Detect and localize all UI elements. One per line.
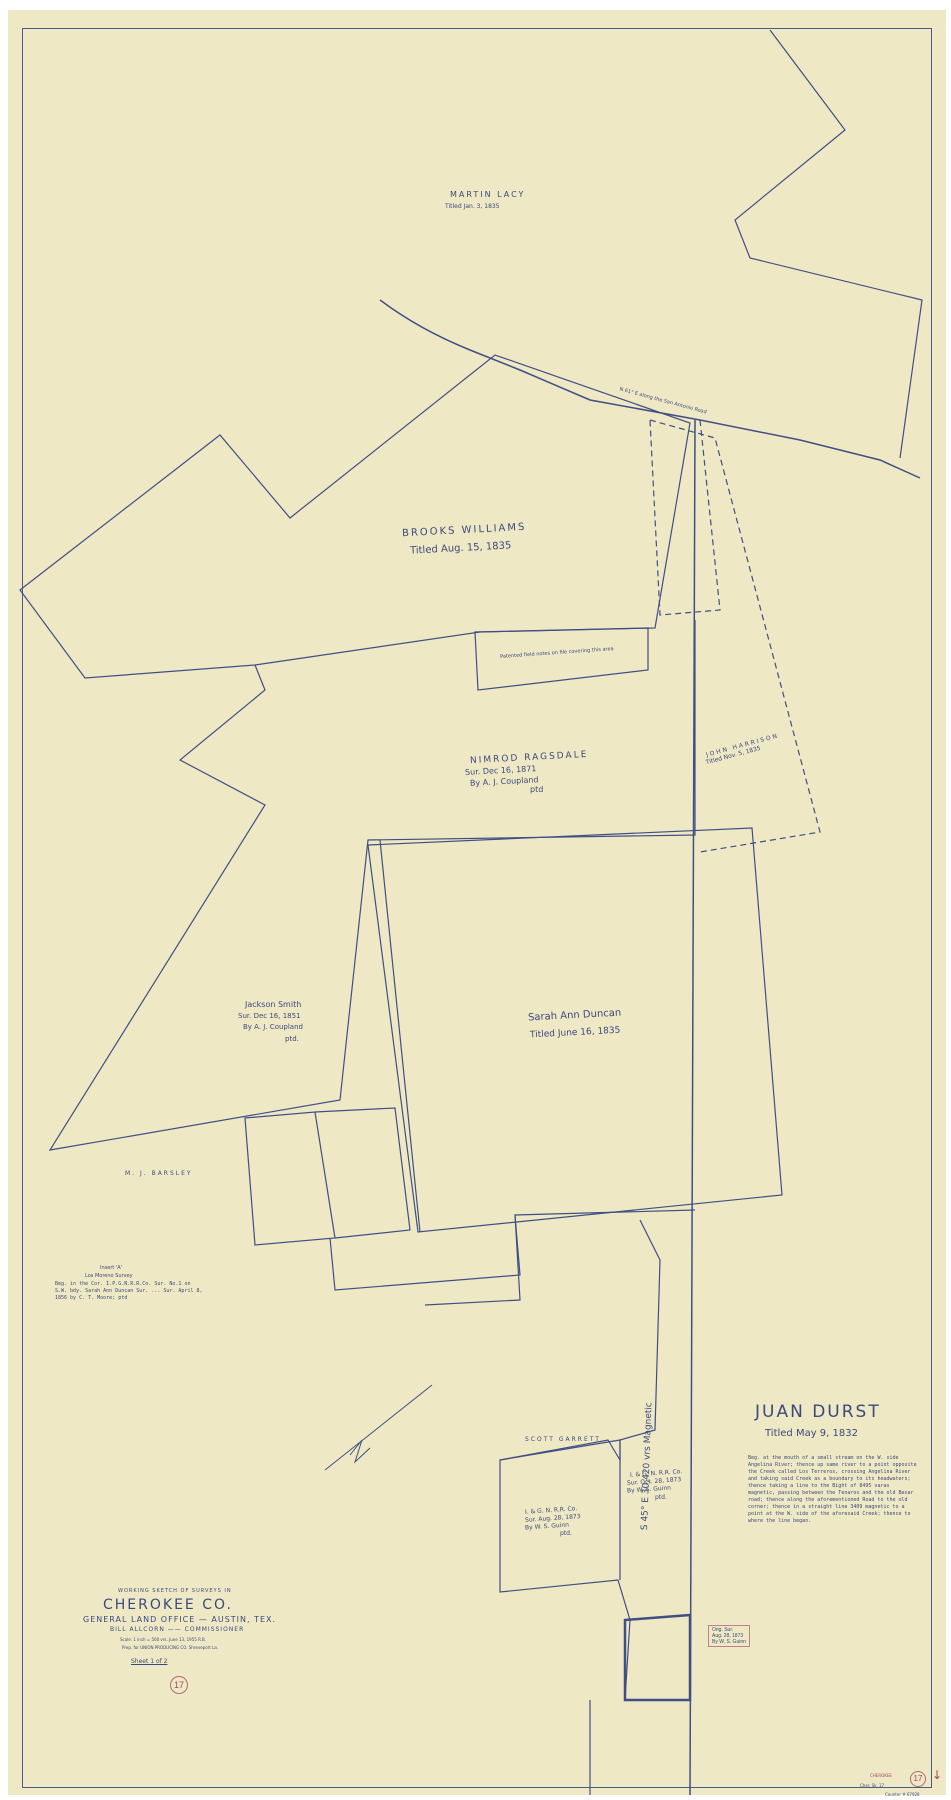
parcel-jackson-smith-sur: Sur. Dec 16, 1851: [238, 1012, 301, 1020]
parcel-jackson-smith-by: By A. J. Coupland: [243, 1023, 303, 1031]
title-scale: Scale: 1 inch = 500 vrs. June 13, 1955 R…: [120, 1637, 206, 1642]
title-heading: WORKING SKETCH OF SURVEYS IN: [118, 1588, 232, 1594]
down-arrow-icon: ↓: [932, 1768, 942, 1782]
sheet-stamp-number: 17: [170, 1676, 188, 1694]
parcel-jackson-smith-name: Jackson Smith: [245, 1000, 301, 1009]
parcel-scott-garrett-name: SCOTT GARRETT: [525, 1436, 601, 1443]
corner-stamp-number: 17: [910, 1771, 926, 1787]
corner-county-stamp: CHEROKEE: [870, 1773, 892, 1778]
corner-sketch-ref: Cher. Sk. 17: [860, 1783, 884, 1788]
corner-counter: Counter # 67928: [885, 1792, 920, 1797]
parcel-jackson-smith-status: ptd.: [285, 1035, 299, 1043]
orig-survey-box: Orig. Sur. Aug. 28, 1873 By W. S. Guinn: [708, 1625, 750, 1647]
insert-a-title: Insert 'A': [100, 1265, 122, 1271]
title-office: GENERAL LAND OFFICE — AUSTIN, TEX.: [83, 1615, 276, 1624]
parcel-ign-rr-1-status: ptd.: [560, 1530, 572, 1537]
title-prepared-for: Prep. for UNION PRODUCING CO. Shreveport…: [122, 1645, 218, 1650]
parcel-ign-rr-2-status: ptd.: [655, 1494, 667, 1501]
parcel-juan-durst-titled: Titled May 9, 1832: [765, 1428, 858, 1439]
survey-lines: [0, 0, 951, 1800]
juan-durst-description: Beg. at the mouth of a small stream on t…: [748, 1455, 918, 1525]
parcel-nimrod-ragsdale-status: ptd: [530, 785, 543, 794]
title-sheet-number: Sheet 1 of 2: [131, 1658, 168, 1665]
title-county: CHEROKEE CO.: [103, 1597, 233, 1613]
parcel-martin-lacy-titled: Titled Jan. 3, 1835: [445, 203, 500, 210]
parcel-martin-lacy-name: MARTIN LACY: [450, 190, 525, 199]
parcel-juan-durst-name: JUAN DURST: [755, 1402, 881, 1422]
title-commissioner: BILL ALLCORN —— COMMISSIONER: [110, 1626, 244, 1633]
insert-a-body: Beg. in the Cor. I.P.G.N.R.R.Co. Sur. No…: [55, 1281, 205, 1302]
parcel-mj-barsley-name: M. J. BARSLEY: [125, 1170, 193, 1177]
orig-survey-line-3: By W. S. Guinn: [712, 1639, 746, 1645]
insert-a-subtitle: Los Moreno Survey: [85, 1273, 133, 1279]
